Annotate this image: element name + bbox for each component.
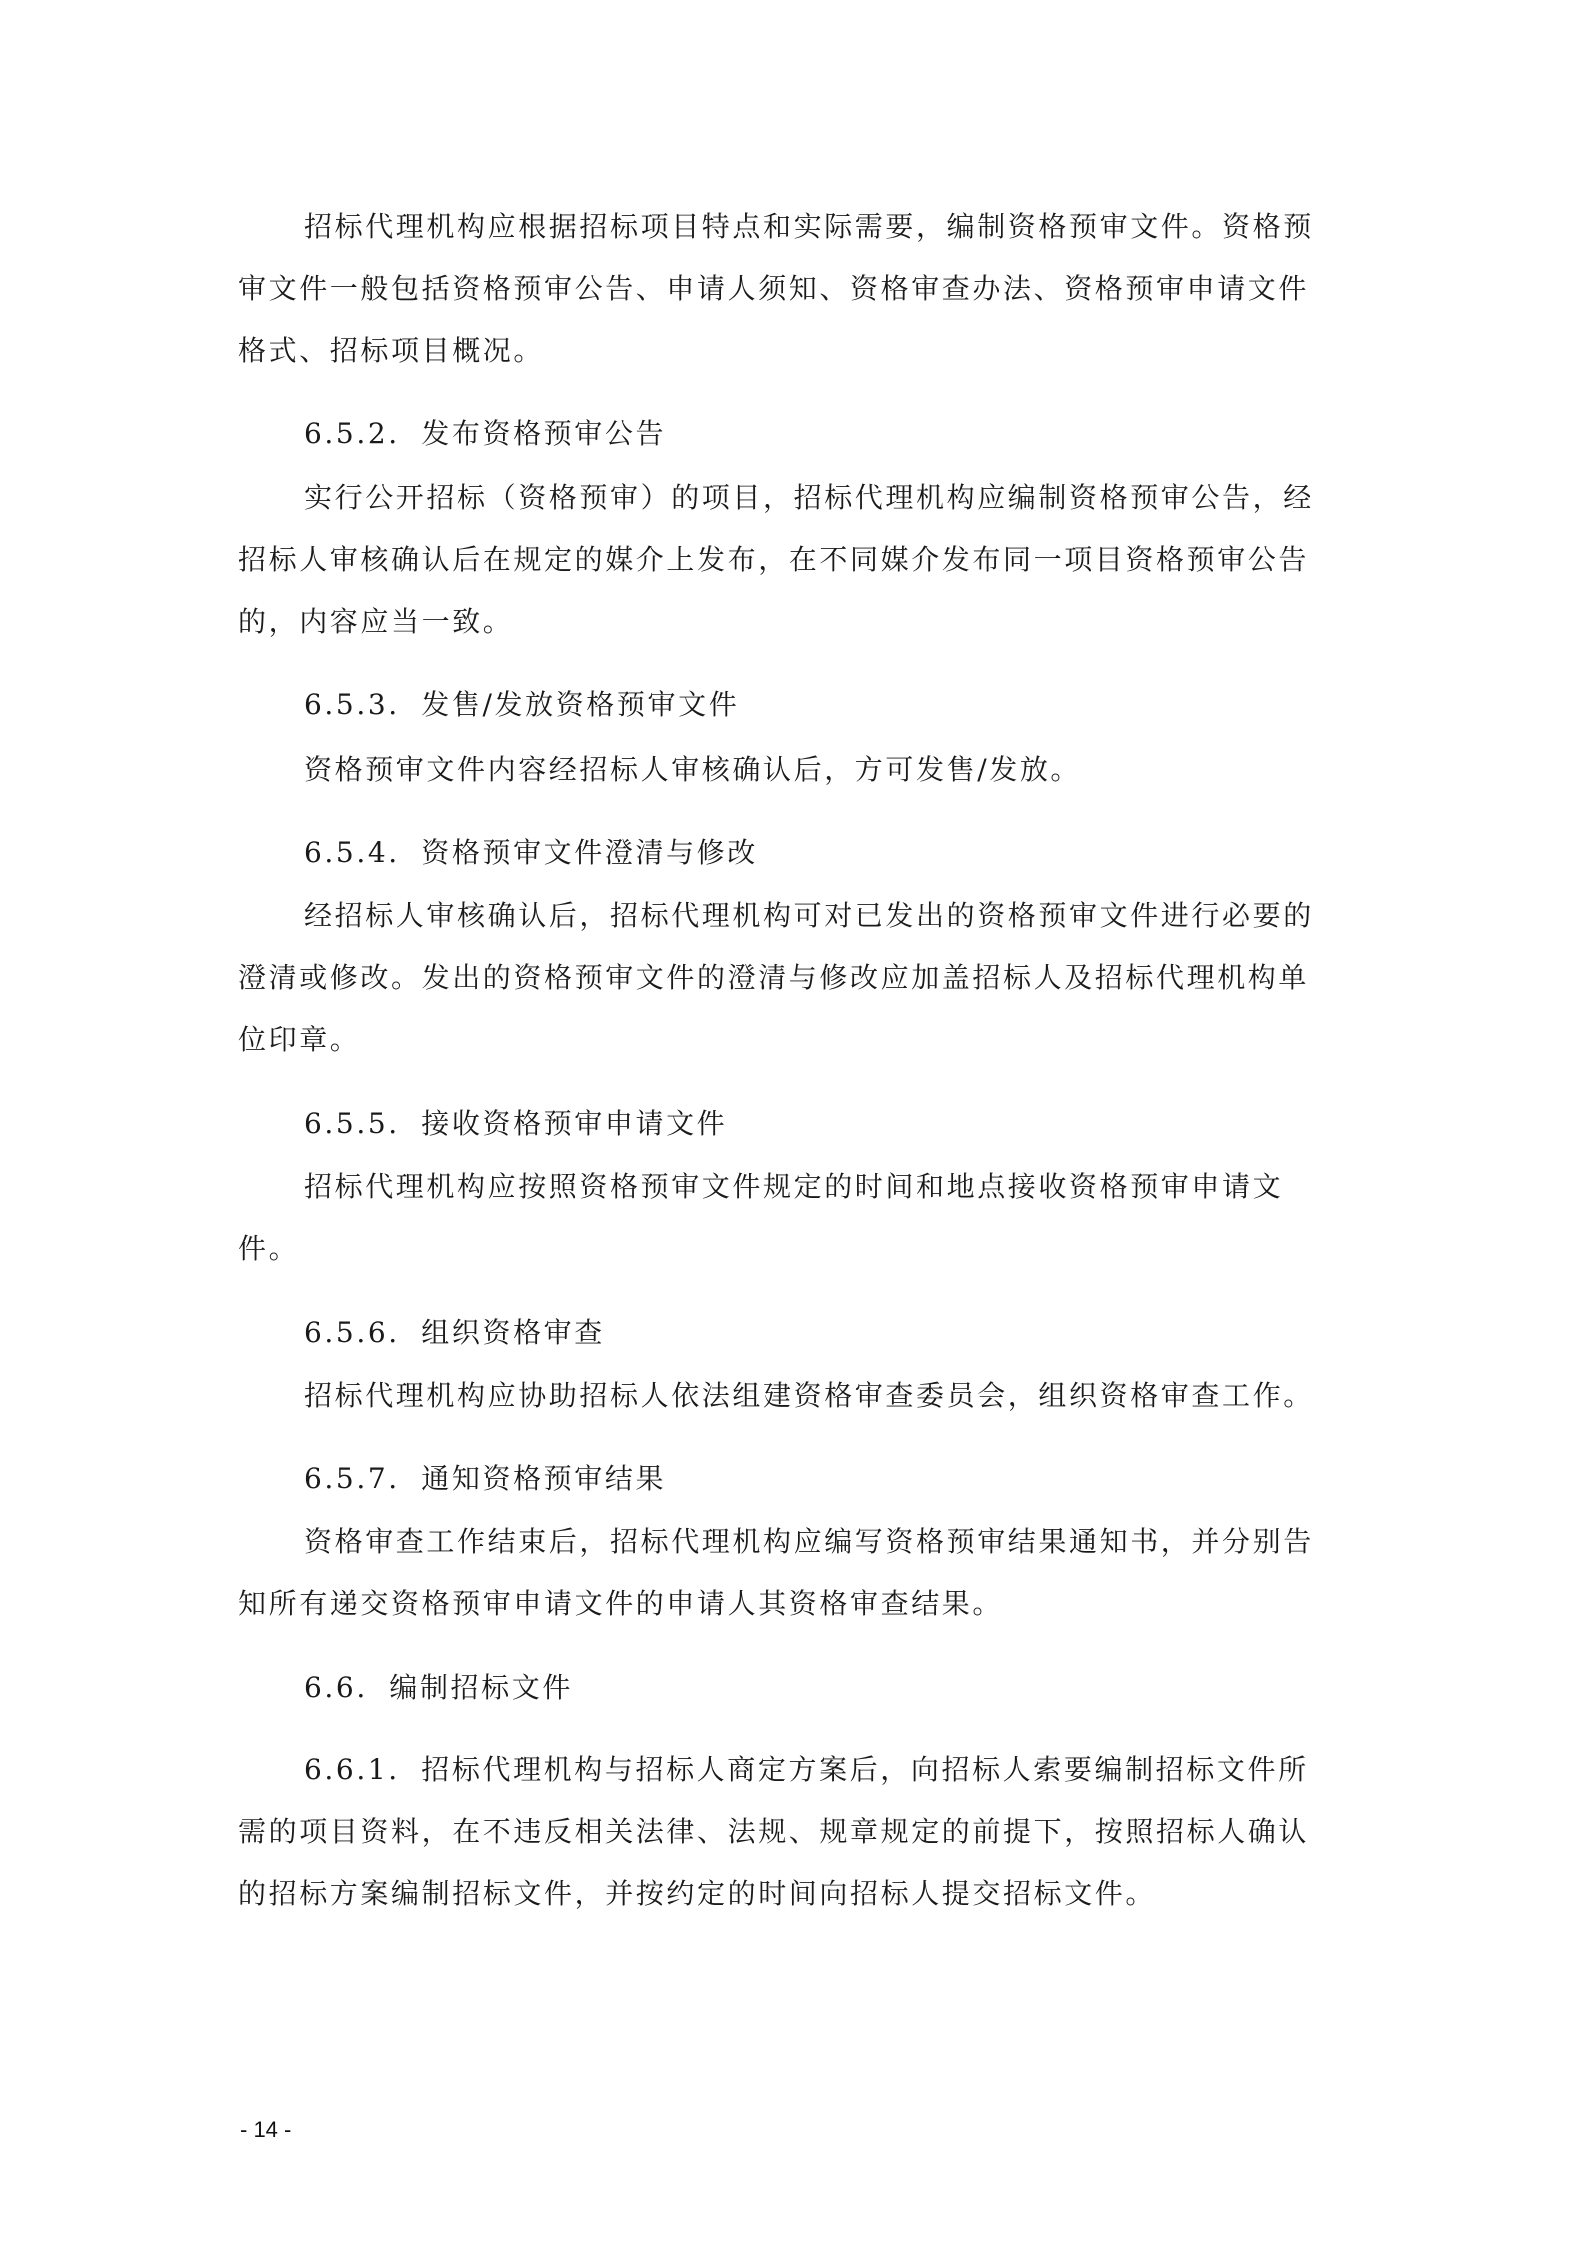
section-title: 资格预审文件澄清与修改 (421, 836, 758, 869)
paragraph-line: 实行公开招标（资格预审）的项目，招标代理机构应编制资格预审公告，经 (304, 478, 1314, 518)
section-title: 发布资格预审公告 (421, 417, 666, 450)
paragraph-line: 资格审查工作结束后，招标代理机构应编写资格预审结果通知书，并分别告 (304, 1522, 1314, 1562)
section-heading-6-5-5: 6.5.5. 接收资格预审申请文件 (304, 1104, 727, 1144)
paragraph-line: 的，内容应当一致。 (238, 602, 513, 642)
paragraph-line: 招标人审核确认后在规定的媒介上发布，在不同媒介发布同一项目资格预审公告 (238, 540, 1309, 580)
paragraph-line: 格式、招标项目概况。 (238, 331, 544, 371)
section-number: 6.5.4. (304, 836, 400, 869)
section-number: 6.5.2. (304, 417, 400, 450)
paragraph-line: 招标代理机构应协助招标人依法组建资格审查委员会，组织资格审查工作。 (304, 1376, 1314, 1416)
section-paragraph-6-6-1: 6.6.1. 招标代理机构与招标人商定方案后，向招标人索要编制招标文件所 (304, 1750, 1309, 1790)
section-number: 6.5.6. (304, 1316, 400, 1349)
paragraph-line: 资格预审文件内容经招标人审核确认后，方可发售/发放。 (304, 750, 1081, 790)
paragraph-line: 经招标人审核确认后，招标代理机构可对已发出的资格预审文件进行必要的 (304, 896, 1314, 936)
section-number: 6.6.1. (304, 1753, 400, 1786)
section-title: 通知资格预审结果 (421, 1462, 666, 1495)
section-number: 6.5.3. (304, 688, 400, 721)
section-heading-6-6: 6.6. 编制招标文件 (304, 1668, 573, 1708)
paragraph-line: 的招标方案编制招标文件，并按约定的时间向招标人提交招标文件。 (238, 1874, 1156, 1914)
document-page: 招标代理机构应根据招标项目特点和实际需要，编制资格预审文件。资格预 审文件一般包… (0, 0, 1587, 2245)
section-title: 编制招标文件 (389, 1671, 573, 1704)
paragraph-text: 招标代理机构与招标人商定方案后，向招标人索要编制招标文件所 (421, 1753, 1308, 1786)
paragraph-line: 知所有递交资格预审申请文件的申请人其资格审查结果。 (238, 1584, 1003, 1624)
section-heading-6-5-4: 6.5.4. 资格预审文件澄清与修改 (304, 833, 758, 873)
page-number: - 14 - (240, 2117, 291, 2143)
paragraph-line: 位印章。 (238, 1020, 360, 1060)
section-title: 组织资格审查 (421, 1316, 605, 1349)
section-heading-6-5-7: 6.5.7. 通知资格预审结果 (304, 1459, 666, 1499)
section-number: 6.6. (304, 1671, 368, 1704)
section-heading-6-5-6: 6.5.6. 组织资格审查 (304, 1313, 605, 1353)
paragraph-line: 澄清或修改。发出的资格预审文件的澄清与修改应加盖招标人及招标代理机构单 (238, 958, 1309, 998)
paragraph-line: 招标代理机构应根据招标项目特点和实际需要，编制资格预审文件。资格预 (304, 207, 1314, 247)
section-title: 发售/发放资格预审文件 (421, 688, 739, 721)
paragraph-line: 件。 (238, 1229, 299, 1269)
paragraph-line: 需的项目资料，在不违反相关法律、法规、规章规定的前提下，按照招标人确认 (238, 1812, 1309, 1852)
paragraph-line: 审文件一般包括资格预审公告、申请人须知、资格审查办法、资格预审申请文件 (238, 269, 1309, 309)
section-heading-6-5-3: 6.5.3. 发售/发放资格预审文件 (304, 685, 739, 725)
section-title: 接收资格预审申请文件 (421, 1107, 727, 1140)
section-heading-6-5-2: 6.5.2. 发布资格预审公告 (304, 414, 666, 454)
section-number: 6.5.5. (304, 1107, 400, 1140)
section-number: 6.5.7. (304, 1462, 400, 1495)
paragraph-line: 招标代理机构应按照资格预审文件规定的时间和地点接收资格预审申请文 (304, 1167, 1283, 1207)
